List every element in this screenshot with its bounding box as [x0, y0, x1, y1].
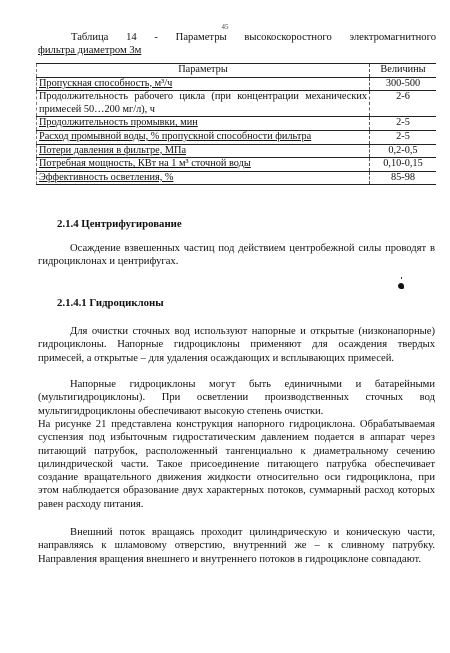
row-value: 300-500: [370, 77, 437, 91]
paragraph: На рисунке 21 представлена конструкция н…: [38, 418, 435, 511]
header-values: Величины: [370, 64, 437, 78]
paragraph: Напорные гидроциклоны могут быть единичн…: [38, 378, 435, 418]
table-caption-line-1: Таблица 14 - Параметры высокоскоростного…: [38, 31, 436, 44]
table-caption-line-2: фильтра диаметром 3м: [38, 45, 141, 56]
row-value: 2-5: [370, 117, 437, 131]
row-param: Потребная мощность, КВт на 1 м³ сточной …: [39, 158, 251, 169]
row-value: 0,2-0,5: [370, 144, 437, 158]
scan-artifact-mark: [398, 283, 404, 289]
row-param: Потери давления в фильтре, МПа: [39, 145, 186, 156]
header-parameters: Параметры: [37, 64, 370, 78]
row-value: 85-98: [370, 171, 437, 185]
row-value: 0,10-0,15: [370, 158, 437, 172]
section-intro-paragraph: Осаждение взвешенных частиц под действие…: [38, 242, 435, 269]
table-row: Продолжительность промывки, мин 2-5: [37, 117, 437, 131]
table-header-row: Параметры Величины: [37, 64, 437, 78]
section-heading: 2.1.4 Центрифугирование: [57, 218, 182, 231]
row-param: Эффективность осветления, %: [39, 172, 173, 183]
row-param: Расход промывной воды, % пропускной спос…: [39, 131, 311, 142]
parameters-table: Параметры Величины Пропускная способност…: [36, 63, 436, 185]
table-row: Эффективность осветления, % 85-98: [37, 171, 437, 185]
table-caption: Таблица 14 - Параметры высокоскоростного…: [38, 31, 436, 58]
row-param: Продолжительность промывки, мин: [39, 117, 198, 128]
row-param: Пропускная способность, м³/ч: [39, 78, 172, 89]
table-row: Потребная мощность, КВт на 1 м³ сточной …: [37, 158, 437, 172]
table-row: Пропускная способность, м³/ч 300-500: [37, 77, 437, 91]
table-row: Расход промывной воды, % пропускной спос…: [37, 130, 437, 144]
paragraph: Внешний поток вращаясь проходит цилиндри…: [38, 526, 435, 566]
row-value: 2-6: [370, 91, 437, 117]
paragraph: Для очистки сточных вод используют напор…: [38, 325, 435, 365]
table-row: Потери давления в фильтре, МПа 0,2-0,5: [37, 144, 437, 158]
row-param: Продолжительность рабочего цикла (при ко…: [39, 91, 367, 115]
row-value: 2-5: [370, 130, 437, 144]
subsection-heading: 2.1.4.1 Гидроциклоны: [57, 297, 164, 310]
table-row: Продолжительность рабочего цикла (при ко…: [37, 91, 437, 117]
